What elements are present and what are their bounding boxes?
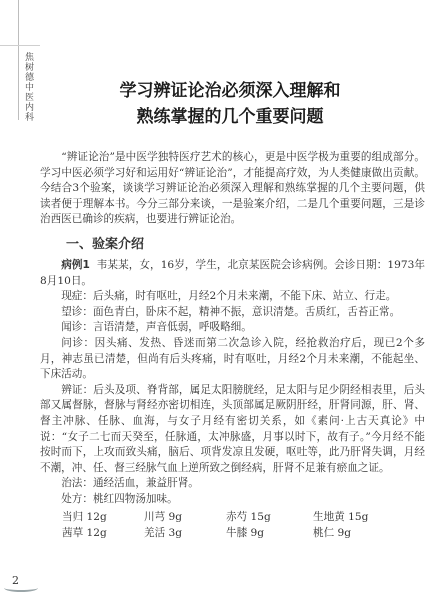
inquiry-paragraph: 问诊：因头痛、发热、昏迷而第二次急诊入院，经抢救治疗后，现已2个多月，神志虽已清…	[40, 336, 425, 383]
margin-rule	[18, 0, 19, 120]
herb-list: 当归 12g 川芎 9g 赤芍 15g 生地黄 15g 茜草 12g 羌活 3g…	[40, 509, 425, 541]
inspection-paragraph: 望诊：面色青白，卧床不起，精神不振，意识清楚。舌质红，舌苔正常。	[40, 305, 425, 321]
header-rule	[0, 45, 40, 46]
herb-item: 川芎 9g	[144, 509, 226, 525]
page-ornament-icon	[4, 584, 38, 592]
herb-item: 生地黄 15g	[313, 509, 403, 525]
intro-paragraph: “辨证论治”是中医学独特医疗艺术的核心，更是中医学极为重要的组成部分。学习中医必…	[40, 150, 425, 228]
herb-item: 牛膝 9g	[226, 525, 313, 541]
listening-paragraph: 闻诊：言语清楚，声音低弱，呼吸略细。	[40, 320, 425, 336]
chapter-title-line2: 熟练掌握的几个重要问题	[60, 104, 400, 130]
case-label: 病例1	[61, 259, 90, 271]
herb-item: 茜草 12g	[62, 525, 144, 541]
case-intro-text: 韦某某，女，16岁，学生，北京某医院会诊病例。会诊日期：1973年8月10日。	[40, 259, 425, 287]
treatment-paragraph: 治法：通经活血，兼益肝肾。	[40, 476, 425, 492]
book-side-label: 焦树德中医内科	[22, 52, 34, 122]
section-heading: 一、验案介绍	[40, 236, 425, 254]
symptoms-paragraph: 现症：后头痛，时有呕吐，月经2个月未来潮，不能下床、站立、行走。	[40, 289, 425, 305]
case-intro: 病例1 韦某某，女，16岁，学生，北京某医院会诊病例。会诊日期：1973年8月1…	[40, 258, 425, 289]
chapter-title-line1: 学习辨证论治必须深入理解和	[60, 78, 400, 104]
herb-item: 赤芍 15g	[226, 509, 313, 525]
prescription-paragraph: 处方：桃红四物汤加味。	[40, 492, 425, 508]
herb-item: 当归 12g	[62, 509, 144, 525]
differentiation-paragraph: 辨证：后头及项、脊背部，属足太阳膀胱经，足太阳与足少阴经相表里，后头部又属督脉，…	[40, 383, 425, 477]
herb-item: 桃仁 9g	[313, 525, 403, 541]
page-body: “辨证论治”是中医学独特医疗艺术的核心，更是中医学极为重要的组成部分。学习中医必…	[40, 150, 425, 541]
chapter-title: 学习辨证论治必须深入理解和 熟练掌握的几个重要问题	[60, 78, 400, 130]
herb-item: 羌活 3g	[144, 525, 226, 541]
